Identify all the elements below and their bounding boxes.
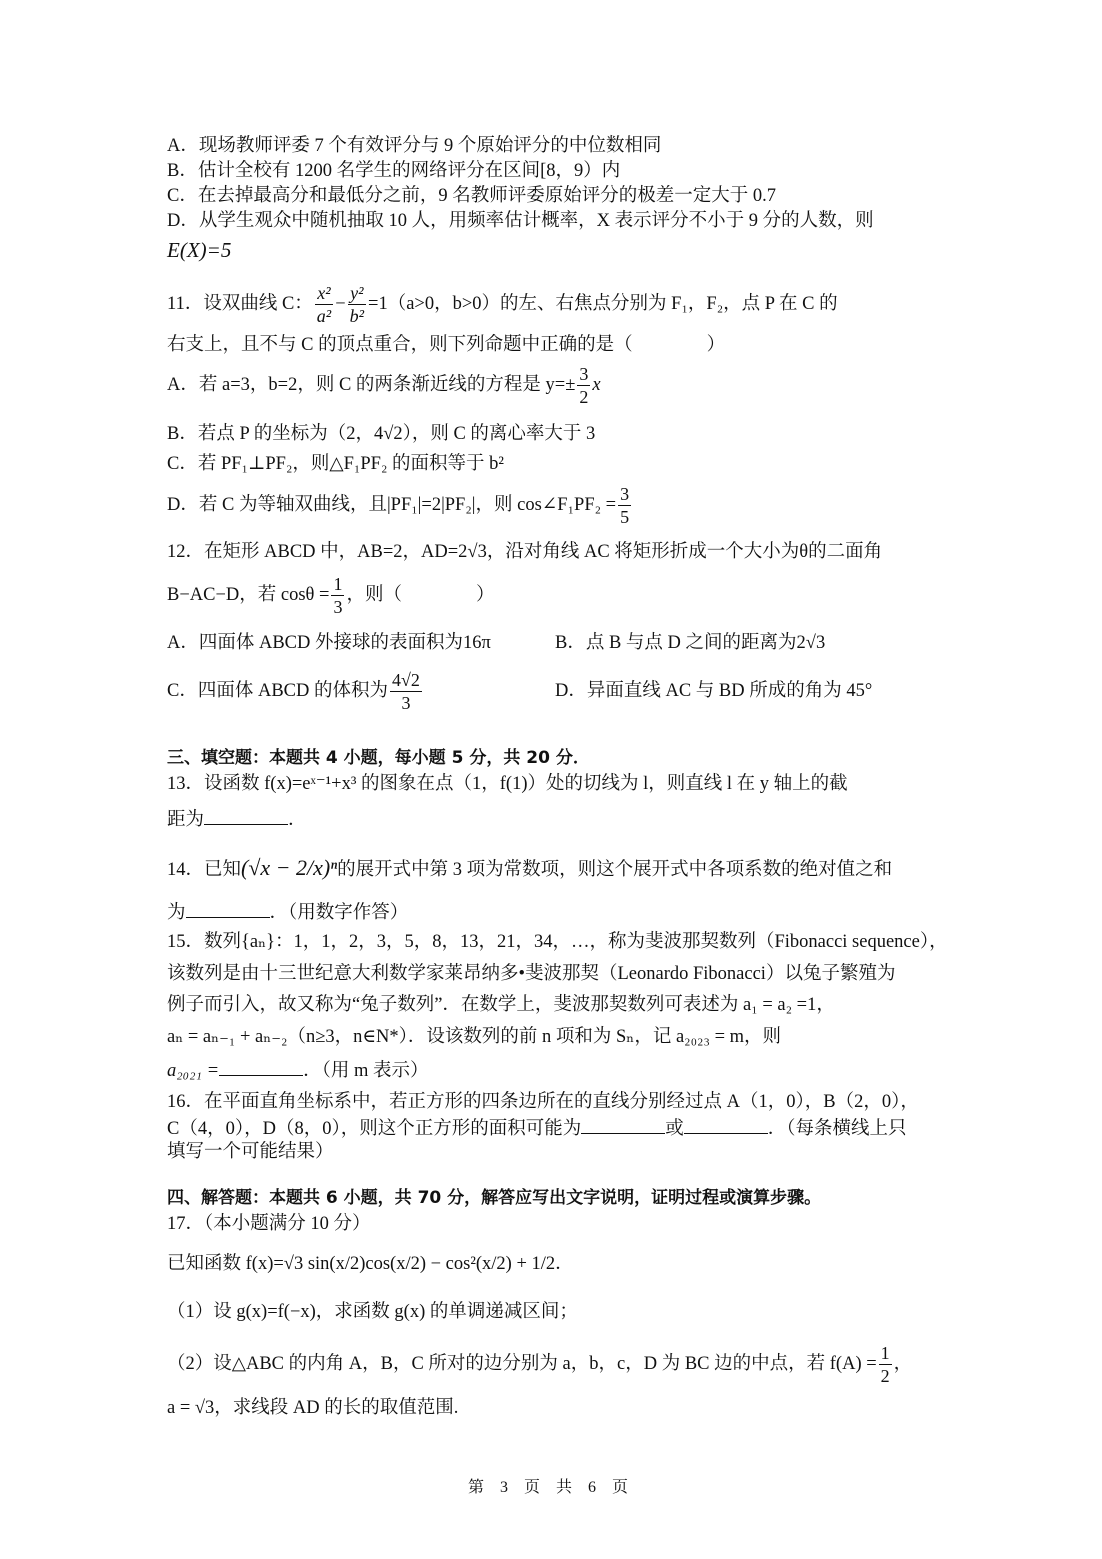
q16-answer-blank-1[interactable] <box>581 1115 665 1134</box>
q17-given: 已知函数 f(x)=√3 sin(x/2)cos(x/2) − cos²(x/2… <box>167 1252 574 1276</box>
q12-c-fraction: 4√23 <box>390 671 422 712</box>
q16-line2: C（4，0），D（8，0），则这个正方形的面积可能为或．（每条横线上只 <box>167 1115 906 1141</box>
q11-a-fraction: 32 <box>577 365 590 406</box>
q13-answer-blank[interactable] <box>204 806 288 825</box>
q17-part2-line1: （2）设△ABC 的内角 A，B，C 所对的边分别为 a，b，c，D 为 BC … <box>167 1340 912 1388</box>
q10-option-b: B．估计全校有 1200 名学生的网络评分在区间[8，9）内 <box>167 159 620 183</box>
q10-option-c: C．在去掉最高分和最低分之前，9 名教师评委原始评分的极差一定大于 0.7 <box>167 184 776 208</box>
q15-line4: aₙ = aₙ₋₁ + aₙ₋₂（n≥3，n∈N*）．设该数列的前 n 项和为 … <box>167 1025 781 1049</box>
q13-line1: 13．设函数 f(x)=eˣ⁻¹+x³ 的图象在点（1，f(1)）处的切线为 l… <box>167 772 848 796</box>
q12-option-c: C．四面体 ABCD 的体积为4√23 <box>167 666 424 716</box>
q17-part1: （1）设 g(x)=f(−x)，求函数 g(x) 的单调递减区间； <box>167 1300 578 1324</box>
q12-cos-fraction: 13 <box>331 575 344 616</box>
q11-stem-line2: 右支上，且不与 C 的顶点重合，则下列命题中正确的是（ ） <box>167 333 725 357</box>
q11-option-b: B．若点 P 的坐标为（2，4√2），则 C 的离心率大于 3 <box>167 422 595 446</box>
q11-stem-cont: =1（a>0，b>0）的左、右焦点分别为 F₁，F₂，点 P 在 C 的 <box>368 294 838 314</box>
q11-option-a: A．若 a=3，b=2，则 C 的两条渐近线的方程是 y=±32x <box>167 362 601 408</box>
q11-number: 11．设双曲线 C： <box>167 294 313 314</box>
q11-option-d: D．若 C 为等轴双曲线，且|PF₁|=2|PF₂|，则 cos∠F₁PF₂ =… <box>167 482 633 528</box>
q14-line2: 为．（用数字作答） <box>167 899 408 925</box>
q12-option-a: A．四面体 ABCD 外接球的表面积为16π <box>167 631 491 655</box>
q12-stem-line1: 12．在矩形 ABCD 中，AB=2，AD=2√3，沿对角线 AC 将矩形折成一… <box>167 540 882 564</box>
q11-fraction-x: x²a² <box>315 284 333 325</box>
q10-option-d-line2: E(X)=5 <box>167 238 231 262</box>
q10-option-a: A．现场教师评委 7 个有效评分与 9 个原始评分的中位数相同 <box>167 134 661 158</box>
q11-d-fraction: 35 <box>618 485 631 526</box>
section4-heading: 四、解答题：本题共 6 小题，共 70 分，解答应写出文字说明，证明过程或演算步… <box>167 1186 821 1210</box>
q15-line5: a₂₀₂₁ =．（用 m 表示） <box>167 1057 428 1083</box>
q15-line2: 该数列是由十三世纪意大利数学家莱昂纳多•斐波那契（Leonardo Fibona… <box>167 962 895 986</box>
q12-option-d: D．异面直线 AC 与 BD 所成的角为 45° <box>555 679 872 703</box>
q11-stem-line1: 11．设双曲线 C：x²a²−y²b²=1（a>0，b>0）的左、右焦点分别为 … <box>167 282 838 326</box>
page-number-footer: 第 3 页 共 6 页 <box>0 1474 1102 1497</box>
q11-option-c: C．若 PF₁⊥PF₂，则△F₁PF₂ 的面积等于 b² <box>167 452 504 476</box>
q16-line1: 16．在平面直角坐标系中，若正方形的四条边所在的直线分别经过点 A（1，0），B… <box>167 1090 919 1114</box>
q17-fraction-half: 12 <box>879 1344 892 1385</box>
q14-expression: (√x − 2/x)ⁿ <box>241 855 337 880</box>
exam-page: A．现场教师评委 7 个有效评分与 9 个原始评分的中位数相同 B．估计全校有 … <box>0 0 1102 1559</box>
q12-stem-line2: B−AC−D，若 cosθ =13，则（ ） <box>167 572 495 618</box>
q17-part2-line2: a = √3，求线段 AD 的长的取值范围. <box>167 1396 458 1420</box>
section3-heading: 三、填空题：本题共 4 小题，每小题 5 分，共 20 分． <box>167 746 590 770</box>
q12-option-b: B．点 B 与点 D 之间的距离为2√3 <box>555 631 825 655</box>
q16-line3: 填写一个可能结果） <box>167 1140 334 1164</box>
q15-answer-blank[interactable] <box>219 1057 303 1076</box>
q15-line1: 15．数列{aₙ}：1，1，2，3，5，8，13，21，34，…，称为斐波那契数… <box>167 930 948 954</box>
q16-answer-blank-2[interactable] <box>684 1115 768 1134</box>
q11-fraction-y: y²b² <box>348 284 366 325</box>
q14-answer-blank[interactable] <box>186 899 270 918</box>
q10-option-d-line1: D．从学生观众中随机抽取 10 人，用频率估计概率，X 表示评分不小于 9 分的… <box>167 209 874 233</box>
q15-line3: 例子而引入，故又称为“兔子数列”．在数学上，斐波那契数列可表述为 a₁ = a₂… <box>167 993 835 1017</box>
q14-line1: 14．已知(√x − 2/x)ⁿ的展开式中第 3 项为常数项，则这个展开式中各项… <box>167 843 892 895</box>
q17-header: 17．（本小题满分 10 分） <box>167 1212 371 1236</box>
q13-line2: 距为． <box>167 806 307 832</box>
